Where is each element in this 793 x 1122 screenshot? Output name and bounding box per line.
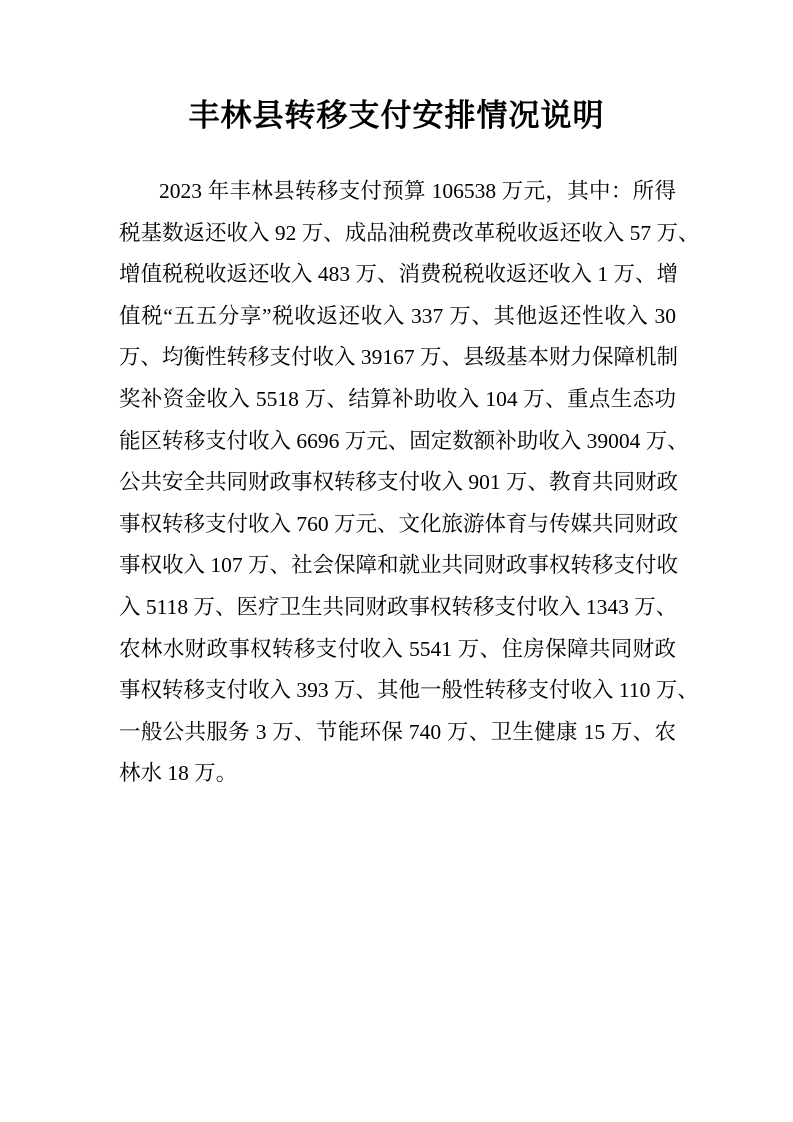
paragraph-line: 值税“五五分享”税收返还收入 337 万、其他返还性收入 30	[119, 296, 676, 338]
paragraph-line: 税基数返还收入 92 万、成品油税费改革税收返还收入 57 万、	[119, 213, 676, 255]
paragraph-line: 事权转移支付收入 760 万元、文化旅游体育与传媒共同财政	[119, 504, 676, 546]
paragraph-line: 农林水财政事权转移支付收入 5541 万、住房保障共同财政	[119, 629, 676, 671]
paragraph-line: 能区转移支付收入 6696 万元、固定数额补助收入 39004 万、	[119, 421, 676, 463]
paragraph-line: 事权收入 107 万、社会保障和就业共同财政事权转移支付收	[119, 545, 676, 587]
paragraph-line: 2023 年丰林县转移支付预算 106538 万元，其中：所得	[119, 171, 676, 213]
paragraph-line: 一般公共服务 3 万、节能环保 740 万、卫生健康 15 万、农	[119, 712, 676, 754]
paragraph-line: 公共安全共同财政事权转移支付收入 901 万、教育共同财政	[119, 462, 676, 504]
paragraph-line: 入 5118 万、医疗卫生共同财政事权转移支付收入 1343 万、	[119, 587, 676, 629]
paragraph-line: 增值税税收返还收入 483 万、消费税税收返还收入 1 万、增	[119, 254, 676, 296]
document-page: 丰林县转移支付安排情况说明 2023 年丰林县转移支付预算 106538 万元，…	[0, 0, 793, 1122]
document-title: 丰林县转移支付安排情况说明	[0, 95, 793, 137]
paragraph-line: 林水 18 万。	[119, 753, 676, 795]
paragraph-line: 万、均衡性转移支付收入 39167 万、县级基本财力保障机制	[119, 337, 676, 379]
paragraph-line: 奖补资金收入 5518 万、结算补助收入 104 万、重点生态功	[119, 379, 676, 421]
paragraph: 2023 年丰林县转移支付预算 106538 万元，其中：所得税基数返还收入 9…	[119, 171, 676, 795]
paragraph-line: 事权转移支付收入 393 万、其他一般性转移支付收入 110 万、	[119, 670, 676, 712]
